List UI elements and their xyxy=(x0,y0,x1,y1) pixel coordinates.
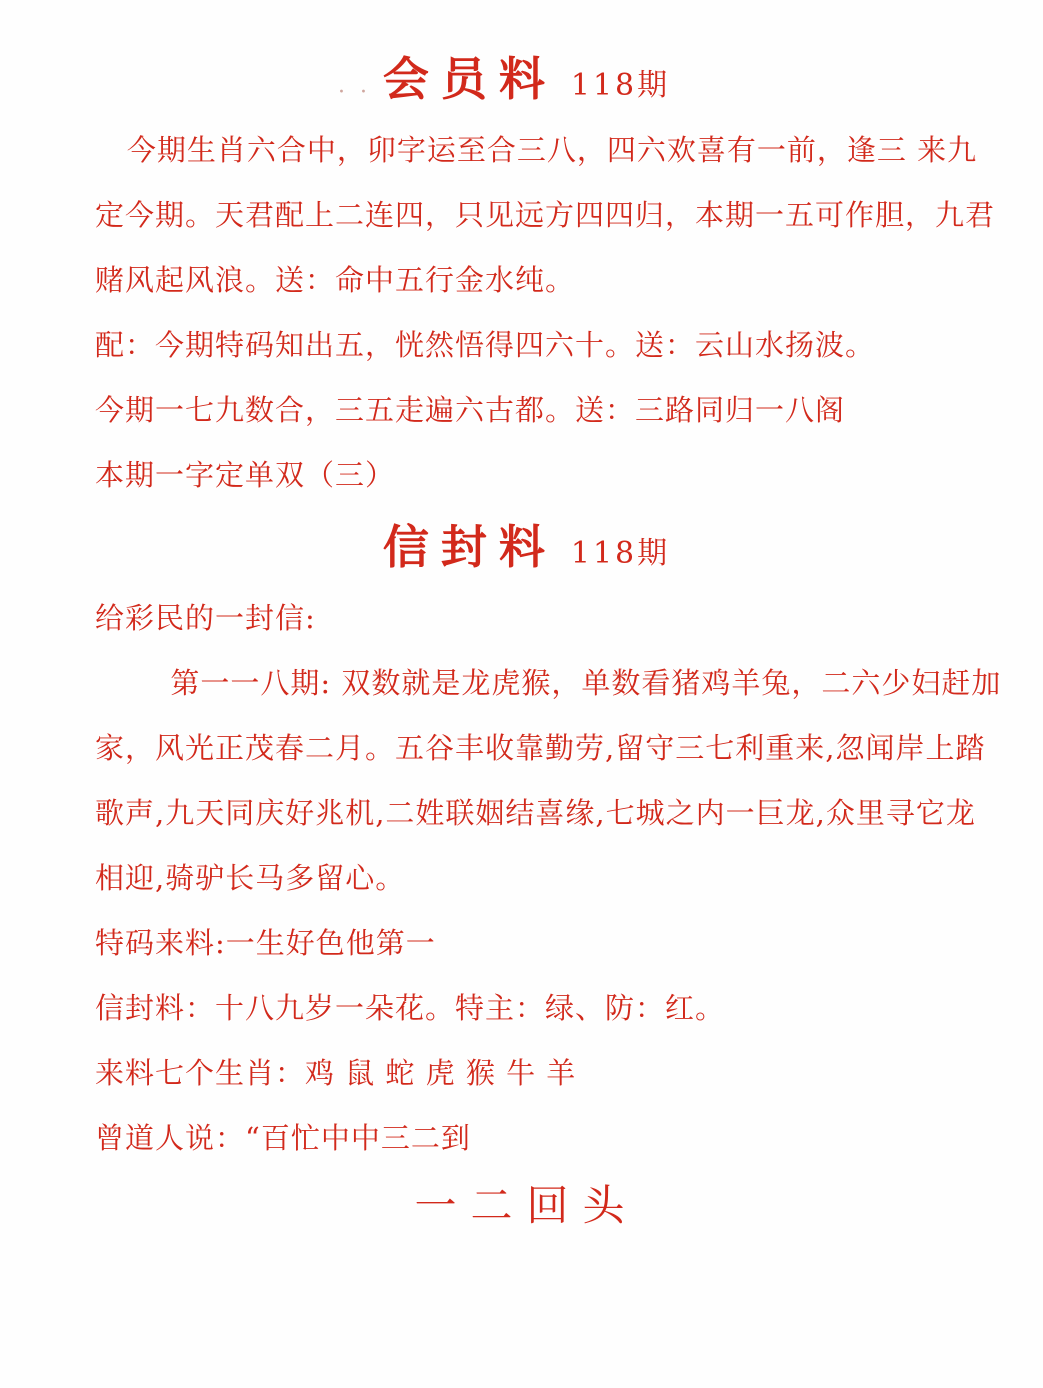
ink-smudge-dots: · · xyxy=(338,54,371,132)
member-section-issue-number: 118期 xyxy=(571,68,670,103)
envelope-line-3: 家，风光正茂春二月。五谷丰收靠勤劳,留守三七利重来,忽闻岸上踏 xyxy=(95,716,958,781)
envelope-section-title-row: 信封料118期 xyxy=(95,508,958,586)
envelope-section-issue-number: 118期 xyxy=(571,536,670,571)
member-line-4: 配：今期特码知出五，恍然悟得四六十。送：云山水扬波。 xyxy=(95,313,958,378)
member-line-1: 今期生肖六合中，卯字运至合三八，四六欢喜有一前，逢三 来九 xyxy=(95,118,958,183)
member-line-3: 赌风起风浪。送：命中五行金水纯。 xyxy=(95,248,958,313)
envelope-section-title: 信封料 xyxy=(383,520,557,574)
member-section-title: 会员料 xyxy=(383,52,557,106)
envelope-line-2: 第一一八期: 双数就是龙虎猴，单数看猪鸡羊兔，二六少妇赶加 xyxy=(95,651,958,716)
envelope-line-6: 特码来料:一生好色他第一 xyxy=(95,911,958,976)
member-line-5: 今期一七九数合，三五走遍六古都。送：三路同归一八阁 xyxy=(95,378,958,443)
scanned-document-page: · · 会员料118期 今期生肖六合中，卯字运至合三八，四六欢喜有一前，逢三 来… xyxy=(0,0,1043,1388)
envelope-line-5: 相迎,骑驴长马多留心。 xyxy=(95,846,958,911)
member-section-title-row: · · 会员料118期 xyxy=(95,40,958,118)
member-line-2: 定今期。天君配上二连四，只见远方四四归，本期一五可作胆，九君 xyxy=(95,183,958,248)
envelope-line-7: 信封料：十八九岁一朵花。特主：绿、防：红。 xyxy=(95,976,958,1041)
footer-title: 一二回头 xyxy=(95,1171,958,1241)
document-content: · · 会员料118期 今期生肖六合中，卯字运至合三八，四六欢喜有一前，逢三 来… xyxy=(0,0,1043,1241)
envelope-line-1: 给彩民的一封信: xyxy=(95,586,958,651)
envelope-line-9: 曾道人说：“百忙中中三二到 xyxy=(95,1106,958,1171)
envelope-line-4: 歌声,九天同庆好兆机,二姓联姻结喜缘,七城之内一巨龙,众里寻它龙 xyxy=(95,781,958,846)
member-line-6: 本期一字定单双（三） xyxy=(95,443,958,508)
envelope-line-8: 来料七个生肖：鸡 鼠 蛇 虎 猴 牛 羊 xyxy=(95,1041,958,1106)
